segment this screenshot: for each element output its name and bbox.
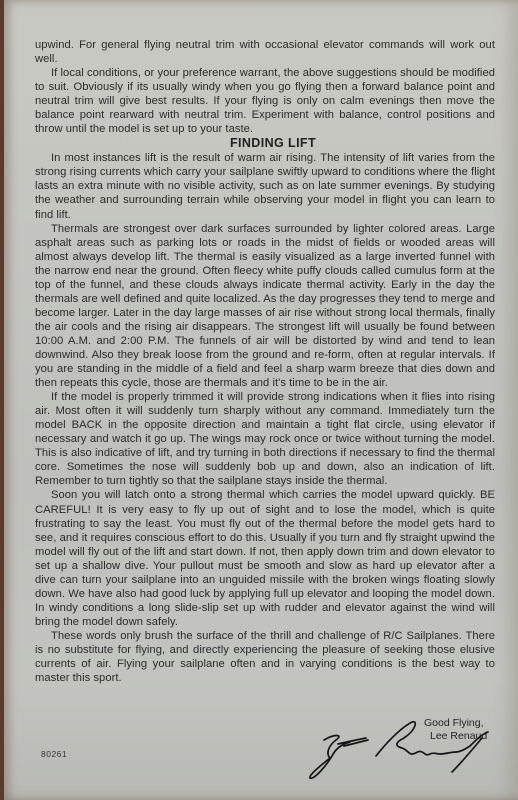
paragraph-conclusion: These words only brush the surface of th… <box>35 629 495 685</box>
paragraph-thermals: Thermals are strongest over dark surface… <box>35 222 495 391</box>
document-page: upwind. For general flying neutral trim … <box>4 0 518 800</box>
paragraph-lift-intro: In most instances lift is the result of … <box>35 151 495 221</box>
document-code: 80261 <box>41 749 67 759</box>
body-text: upwind. For general flying neutral trim … <box>35 38 495 685</box>
paragraph-trim-indications: If the model is properly trimmed it will… <box>35 390 495 488</box>
paragraph-local-conditions: If local conditions, or your preference … <box>35 66 495 136</box>
paragraph-be-careful: Soon you will latch onto a strong therma… <box>35 488 495 628</box>
signature-icon <box>300 718 510 780</box>
section-heading: FINDING LIFT <box>35 136 495 151</box>
paragraph-intro-continued: upwind. For general flying neutral trim … <box>35 38 495 66</box>
